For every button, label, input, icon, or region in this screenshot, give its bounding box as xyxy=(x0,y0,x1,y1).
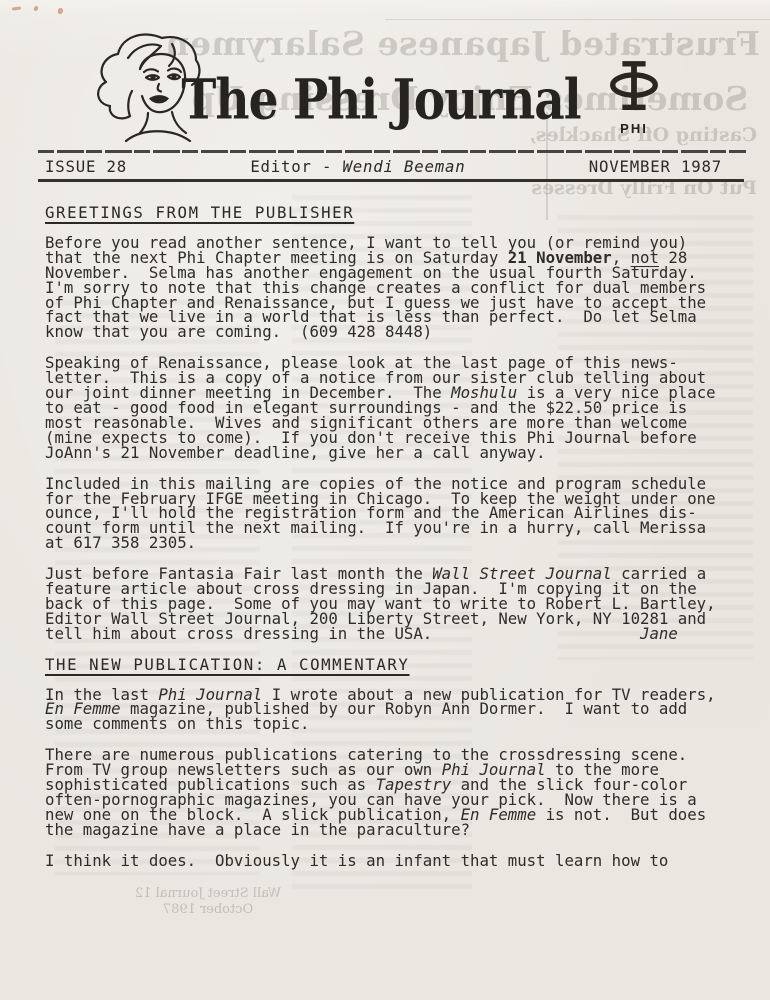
phi-symbol-icon xyxy=(606,58,662,116)
section-heading: GREETINGS FROM THE PUBLISHER xyxy=(45,206,739,221)
paragraph: There are numerous publications catering… xyxy=(45,748,739,837)
paragraph: Speaking of Renaissance, please look at … xyxy=(45,356,739,460)
section-heading: THE NEW PUBLICATION: A COMMENTARY xyxy=(45,658,739,673)
issue-date: NOVEMBER 1987 xyxy=(589,157,722,176)
paragraph: Included in this mailing are copies of t… xyxy=(45,477,739,552)
editor-prefix: Editor - xyxy=(250,157,342,176)
editor-name: Wendi Beeman xyxy=(343,157,466,176)
masthead-title: The Phi Journal xyxy=(181,68,580,133)
bottom-rule xyxy=(38,179,744,182)
article-body: GREETINGS FROM THE PUBLISHERBefore you r… xyxy=(45,204,739,885)
issue-number: ISSUE 28 xyxy=(45,157,127,176)
masthead: The Phi Journal PHI xyxy=(0,0,770,150)
phi-logo: PHI xyxy=(604,58,664,136)
bleedthrough-footer: Wall Street Journal 12 October 1987 xyxy=(128,886,288,918)
paragraph: Before you read another sentence, I want… xyxy=(45,236,739,340)
editor-credit: Editor - Wendi Beeman xyxy=(250,157,465,176)
newsletter-page: Frustrated Japanese Salarymen Sometimes … xyxy=(0,0,770,1000)
top-rule xyxy=(38,150,746,153)
phi-logo-label: PHI xyxy=(604,121,664,136)
paragraph: Just before Fantasia Fair last month the… xyxy=(45,567,739,642)
paragraph: I think it does. Obviously it is an infa… xyxy=(45,854,739,869)
paragraph: In the last Phi Journal I wrote about a … xyxy=(45,688,739,733)
issue-bar: ISSUE 28 Editor - Wendi Beeman NOVEMBER … xyxy=(45,157,722,176)
